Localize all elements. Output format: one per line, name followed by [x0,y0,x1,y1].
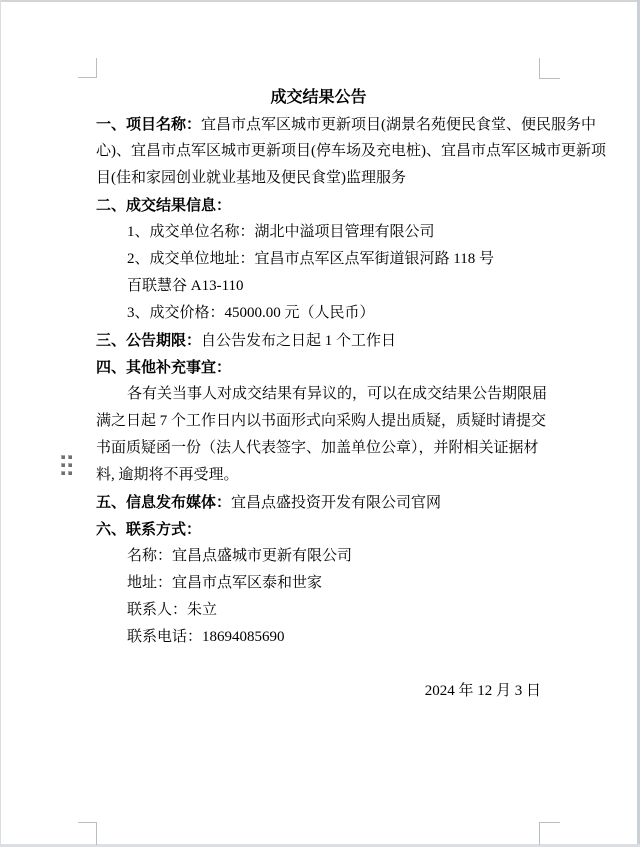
section-label: 一、项目名称： [96,116,201,133]
line-text: 书面质疑函一份（法人代表签字、加盖单位公章），并附相关证据材 [96,440,539,456]
line-text: 宜昌市点军区城市更新项目(湖景名苑便民食堂、便民服务中 [201,117,596,133]
line-text: 各有关当事人对成交结果有异议的，可以在成交结果公告期限届 [127,386,547,402]
line-text: 料, 逾期将不再受理。 [96,467,239,483]
doc-line-price: 3、成交价格：45000.00 元（人民币） [96,300,541,327]
drag-anchor-icon[interactable] [61,455,72,475]
blank-line [96,651,541,678]
doc-line-media: 五、信息发布媒体：宜昌点盛投资开发有限公司官网 [96,489,541,516]
doc-line-contact-name: 名称：宜昌点盛城市更新有限公司 [96,543,541,570]
doc-line: 料, 逾期将不再受理。 [96,462,541,489]
line-text: 自公告发布之日起 1 个工作日 [201,333,396,349]
line-text: 联系电话：18694085690 [127,629,285,645]
page-edge-top [0,0,640,2]
doc-line: 百联慧谷 A13-110 [96,273,541,300]
line-text: 2、成交单位地址：宜昌市点军区点军街道银河路 118 号 [127,251,494,267]
section-label: 二、成交结果信息： [96,197,231,214]
document-title: 成交结果公告 [96,84,541,111]
line-text: 百联慧谷 A13-110 [127,278,244,294]
doc-line-contact: 六、联系方式： [96,516,541,543]
line-text: 联系人：朱立 [127,602,217,618]
margin-crop-mark-top-right [539,58,560,79]
doc-line-winner-name: 1、成交单位名称：湖北中溢项目管理有限公司 [96,219,541,246]
doc-line-winner-address: 2、成交单位地址：宜昌市点军区点军街道银河路 118 号 [96,246,541,273]
line-text: 3、成交价格：45000.00 元（人民币） [127,305,375,321]
doc-line: 各有关当事人对成交结果有异议的，可以在成交结果公告期限届 [96,381,541,408]
line-text: 心)、宜昌市点军区城市更新项目(停车场及充电桩)、宜昌市点军区城市更新项 [96,143,606,159]
doc-line: 目(佳和家园创业就业基地及便民食堂)监理服务 [96,165,541,192]
document-body: 成交结果公告 一、项目名称：宜昌市点军区城市更新项目(湖景名苑便民食堂、便民服务… [96,84,541,705]
doc-line-announcement-period: 三、公告期限：自公告发布之日起 1 个工作日 [96,327,541,354]
doc-line: 满之日起 7 个工作日内以书面形式向采购人提出质疑，质疑时请提交 [96,408,541,435]
line-text: 地址：宜昌市点军区泰和世家 [127,575,322,591]
doc-line-supplementary: 四、其他补充事宜： [96,354,541,381]
section-label: 四、其他补充事宜： [96,359,231,376]
doc-line: 心)、宜昌市点军区城市更新项目(停车场及充电桩)、宜昌市点军区城市更新项 [96,138,541,165]
section-label: 三、公告期限： [96,332,201,349]
line-text: 满之日起 7 个工作日内以书面形式向采购人提出质疑，质疑时请提交 [96,413,546,429]
doc-date: 2024 年 12 月 3 日 [96,678,541,705]
doc-line: 书面质疑函一份（法人代表签字、加盖单位公章），并附相关证据材 [96,435,541,462]
line-text: 1、成交单位名称：湖北中溢项目管理有限公司 [127,224,435,240]
doc-line-contact-phone: 联系电话：18694085690 [96,624,541,651]
line-text: 目(佳和家园创业就业基地及便民食堂)监理服务 [96,170,406,186]
line-text: 宜昌点盛投资开发有限公司官网 [231,495,441,511]
doc-line-project-name: 一、项目名称：宜昌市点军区城市更新项目(湖景名苑便民食堂、便民服务中 [96,111,541,138]
line-text: 名称：宜昌点盛城市更新有限公司 [127,548,352,564]
doc-line-result-info: 二、成交结果信息： [96,192,541,219]
doc-line-contact-person: 联系人：朱立 [96,597,541,624]
document-page: 成交结果公告 一、项目名称：宜昌市点军区城市更新项目(湖景名苑便民食堂、便民服务… [0,0,640,847]
section-label: 六、联系方式： [96,521,201,538]
margin-crop-mark-top-left [78,58,97,78]
section-label: 五、信息发布媒体： [96,494,231,511]
page-edge-left [0,0,1,847]
margin-crop-mark-bottom-right [539,822,560,845]
margin-crop-mark-bottom-left [78,822,97,845]
doc-line-contact-address: 地址：宜昌市点军区泰和世家 [96,570,541,597]
